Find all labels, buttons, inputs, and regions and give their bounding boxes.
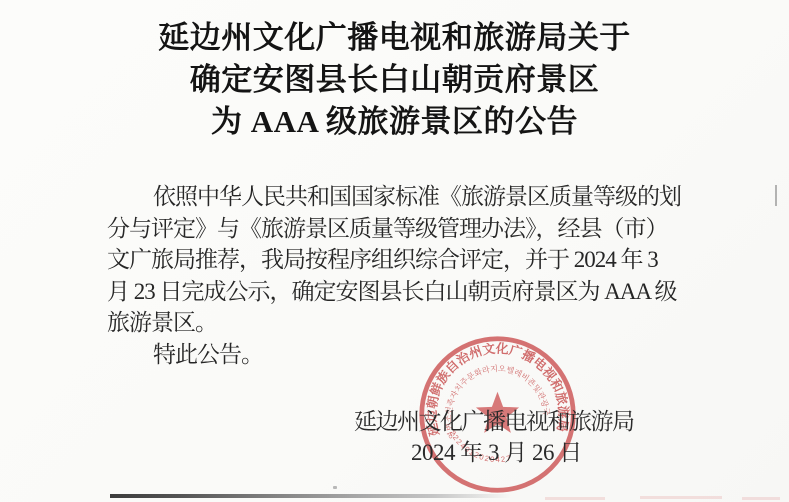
closing-line: 特此公告。: [107, 339, 707, 371]
scan-artifact-ink-bleed: [742, 497, 780, 500]
body-line: 依照中华人民共和国国家标准《旅游景区质量等级的划: [107, 181, 707, 213]
title-line-1: 延边州文化广播电视和旅游局关于: [0, 17, 789, 59]
document-title: 延边州文化广播电视和旅游局关于 确定安图县长白山朝贡府景区 为 AAA 级旅游景…: [0, 17, 789, 143]
body-line: 月 23 日完成公示，确定安图县长白山朝贡府景区为 AAA 级: [107, 276, 707, 308]
scan-artifact-ink-bleed: [545, 497, 605, 500]
scan-artifact-ink-bleed: [640, 496, 722, 499]
body-line: 旅游景区。: [107, 307, 707, 339]
signature-date: 2024 年 3 月 26 日: [411, 434, 582, 467]
scan-artifact-edge-mark: [775, 185, 777, 206]
body-line: 文广旅局推荐，我局按程序组织综合评定，并于 2024 年 3: [107, 244, 707, 276]
signature-organization: 延边州文化广播电视和旅游局: [354, 403, 634, 436]
scan-artifact-speck: [333, 486, 337, 489]
body-line: 分与评定》与《旅游景区质量等级管理办法》，经县（市）: [107, 213, 707, 245]
document-page: 延边州文化广播电视和旅游局关于 确定安图县长白山朝贡府景区 为 AAA 级旅游景…: [0, 0, 789, 502]
scan-artifact-bar: [110, 494, 512, 498]
title-line-2: 确定安图县长白山朝贡府景区: [0, 59, 789, 101]
title-line-3: 为 AAA 级旅游景区的公告: [0, 101, 789, 143]
document-body: 依照中华人民共和国国家标准《旅游景区质量等级的划 分与评定》与《旅游景区质量等级…: [107, 181, 707, 370]
